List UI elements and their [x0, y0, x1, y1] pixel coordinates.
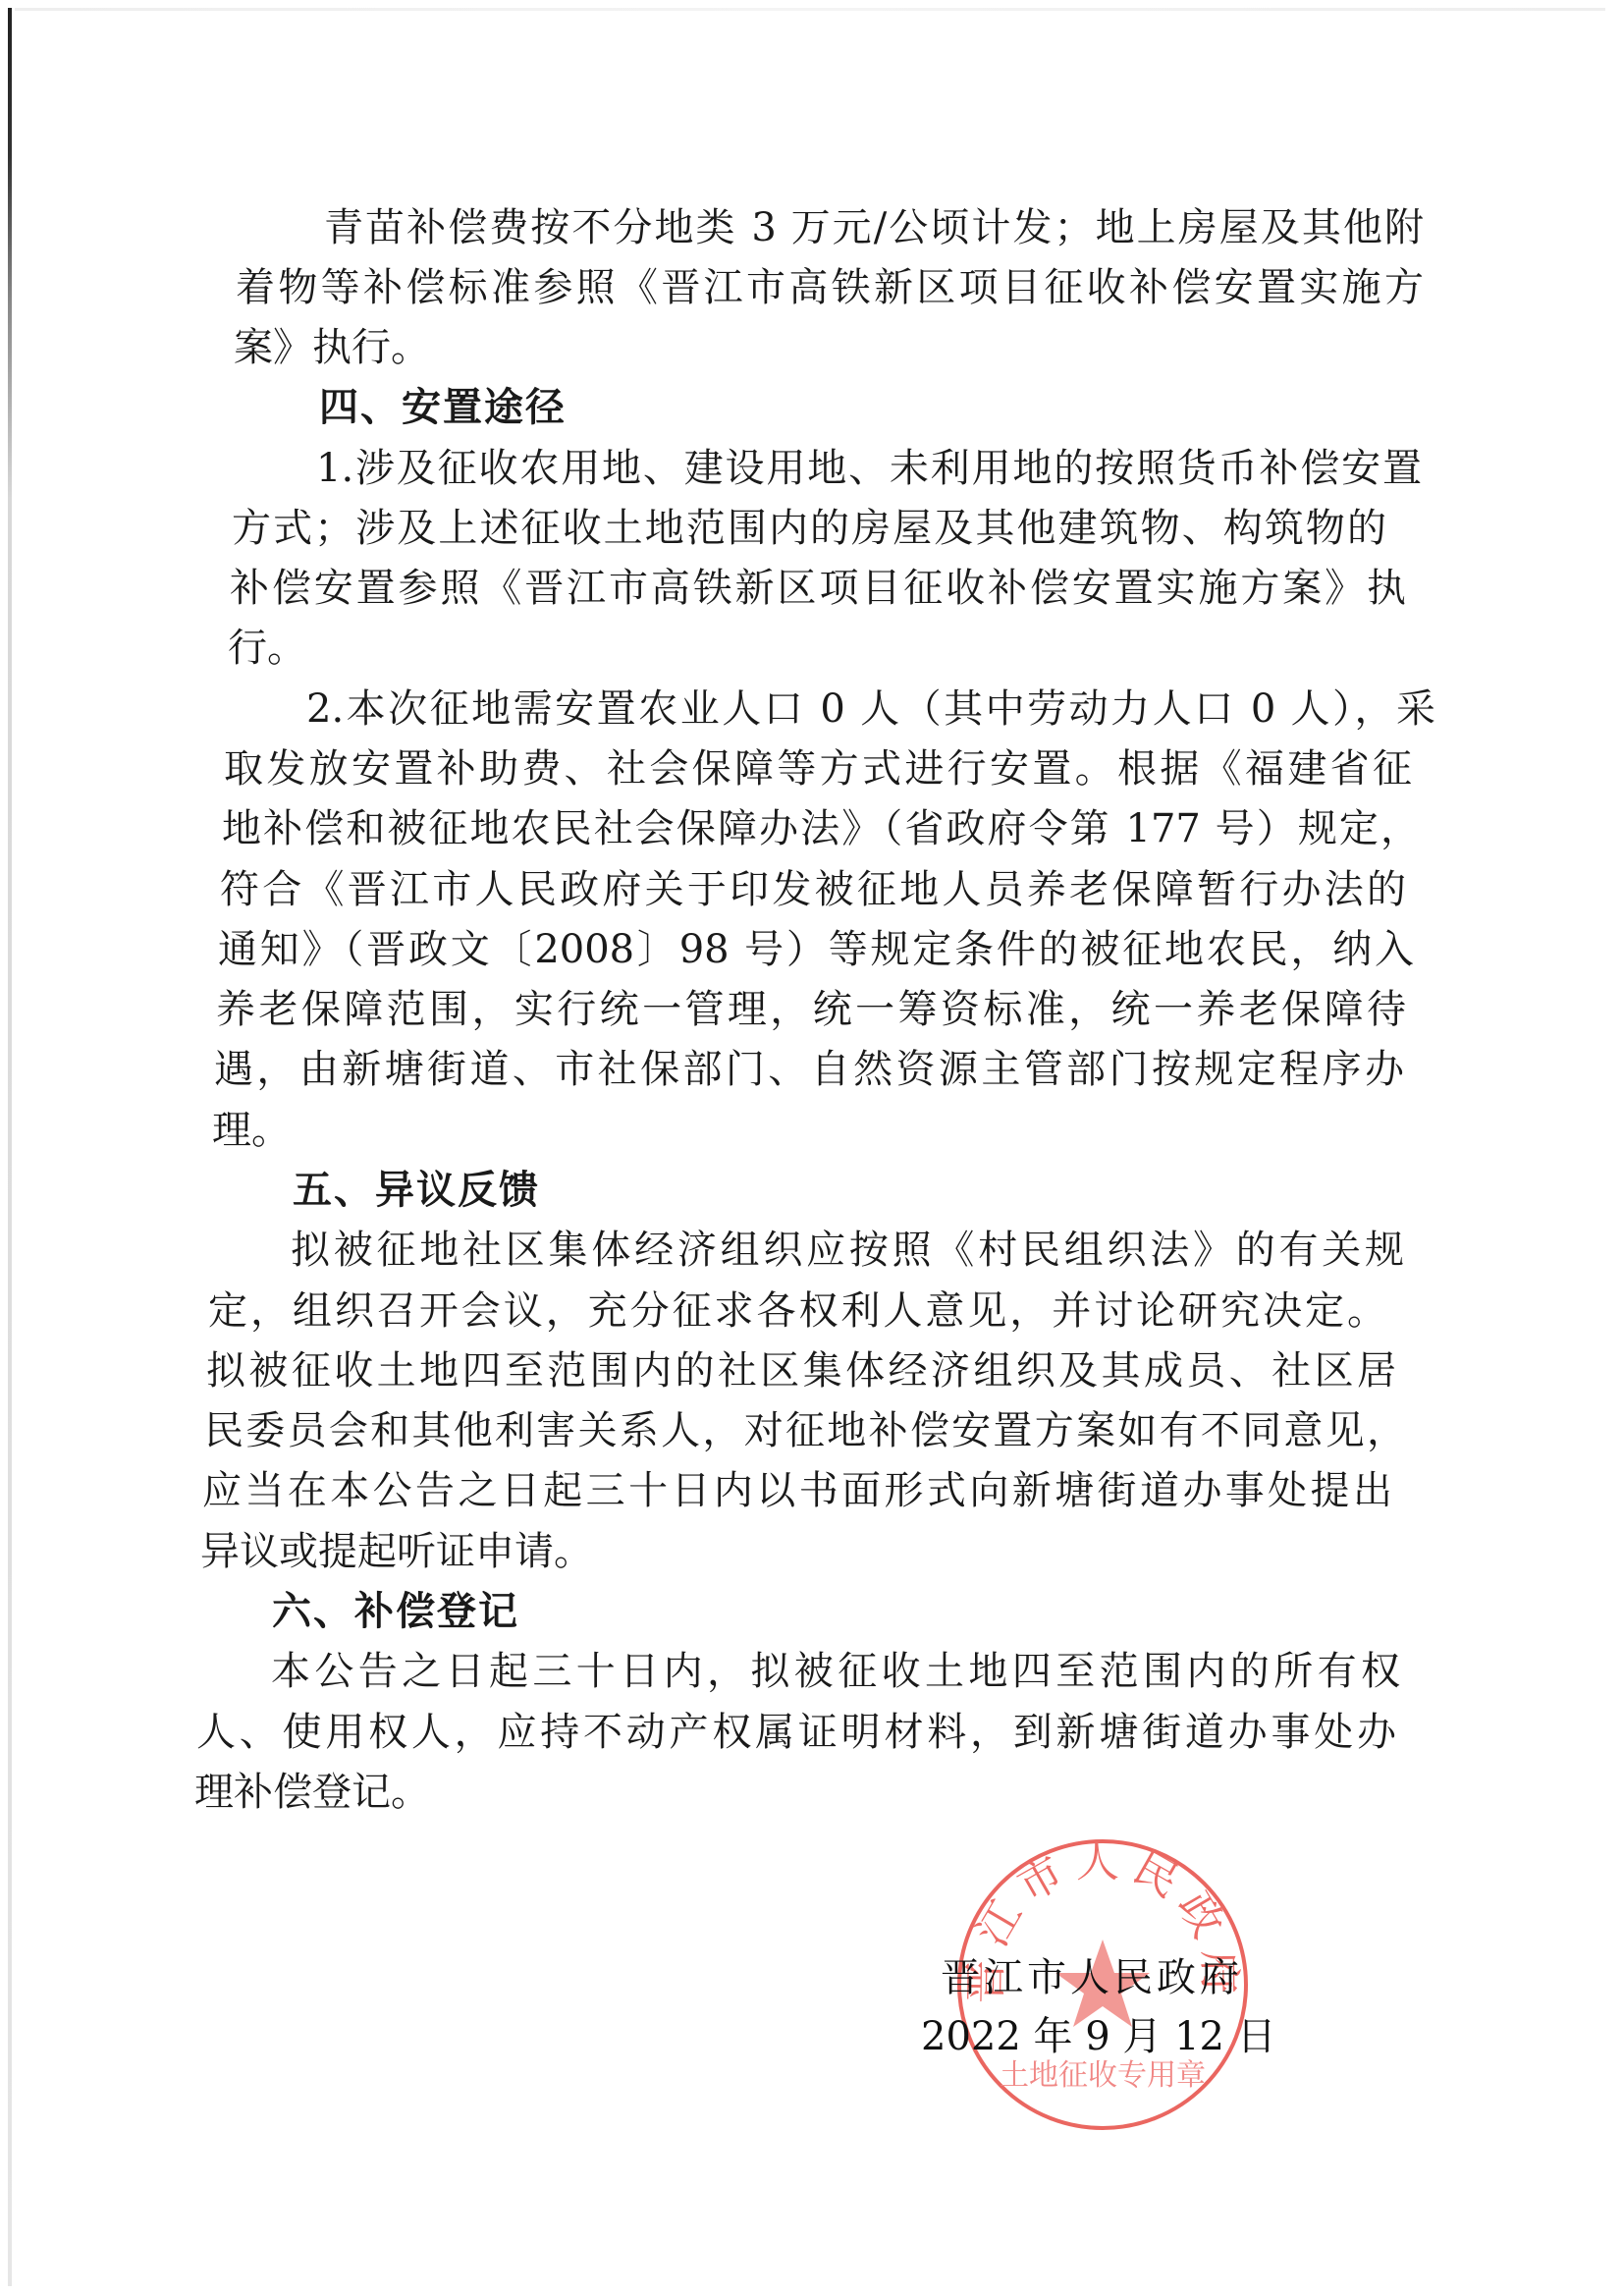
scan-edge-artifact [8, 8, 12, 2286]
paragraph-line: 着物等补偿标准参照《晋江市高铁新区项目征收补偿安置实施方 [236, 258, 1424, 318]
paragraph-line: 符合《晋江市人民政府关于印发被征地人员养老保障暂行办法的 [220, 860, 1406, 920]
section-heading-4: 四、安置途径 [319, 378, 567, 438]
scan-top-artifact [15, 8, 1605, 11]
issue-date: 2022 年 9 月 12 日 [921, 2005, 1276, 2061]
paragraph-line: 方式；涉及上述征收土地范围内的房屋及其他建筑物、构筑物的 [232, 499, 1386, 559]
paragraph-line: 人、使用权人，应持不动产权属证明材料，到新塘街道办事处办 [196, 1703, 1396, 1763]
paragraph-line: 行。 [228, 619, 346, 679]
paragraph-line: 案》执行。 [234, 318, 489, 378]
seal-bottom-text: 土地征收专用章 [1000, 2058, 1206, 2093]
paragraph-line: 2.本次征地需安置农业人口 0 人（其中劳动力人口 0 人），采 [306, 680, 1435, 739]
paragraph-line: 补偿安置参照《晋江市高铁新区项目征收补偿安置实施方案》执 [230, 559, 1406, 619]
paragraph-line: 本公告之日起三十日内，拟被征收土地四至范围内的所有权 [271, 1642, 1400, 1702]
section-heading-5: 五、异议反馈 [293, 1161, 540, 1221]
issuer-name: 晋江市人民政府 [941, 1946, 1243, 2002]
paragraph-line: 拟被征地社区集体经济组织应按照《村民组织法》的有关规 [291, 1221, 1404, 1281]
paragraph-line: 养老保障范围，实行统一管理，统一筹资标准，统一养老保障待 [216, 980, 1406, 1040]
paragraph-line: 民委员会和其他利害关系人，对征地补偿安置方案如有不同意见， [204, 1401, 1406, 1461]
paragraph-line: 青苗补偿费按不分地类 3 万元/公顷计发；地上房屋及其他附 [324, 198, 1424, 258]
paragraph-line: 应当在本公告之日起三十日内以书面形式向新塘街道办事处提出 [202, 1461, 1392, 1521]
paragraph-line: 拟被征收土地四至范围内的社区集体经济组织及其成员、社区居 [206, 1341, 1396, 1401]
paragraph-line: 异议或提起听证申请。 [200, 1522, 613, 1582]
paragraph-line: 理补偿登记。 [194, 1763, 489, 1823]
paragraph-line: 遇，由新塘街道、市社保部门、自然资源主管部门按规定程序办 [214, 1040, 1404, 1100]
paragraph-line: 通知》（晋政文〔2008〕98 号）等规定条件的被征地农民，纳入 [218, 920, 1414, 980]
paragraph-line: 定，组织召开会议，充分征求各权利人意见，并讨论研究决定。 [208, 1282, 1386, 1341]
paragraph-line: 取发放安置补助费、社会保障等方式进行安置。根据《福建省征 [224, 739, 1412, 799]
paragraph-line: 理。 [212, 1101, 330, 1161]
section-heading-6: 六、补偿登记 [272, 1582, 519, 1642]
paragraph-line: 1.涉及征收农用地、建设用地、未利用地的按照货币补偿安置 [316, 439, 1422, 499]
paragraph-line: 地补偿和被征地农民社会保障办法》（省政府令第 177 号）规定， [222, 799, 1420, 859]
